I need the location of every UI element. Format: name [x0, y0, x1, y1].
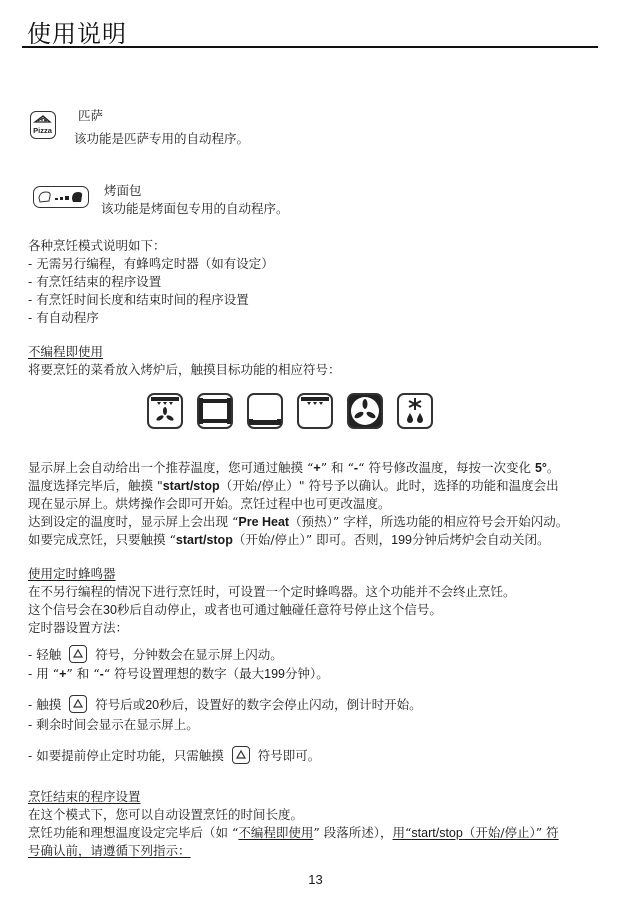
section-heading-timer: 使用定时蜂鸣器	[28, 564, 116, 583]
no-program-p5: 如要完成烹饪，只要触摸 “start/stop（开始/停止）” 即可。否则，19…	[28, 530, 550, 550]
modes-intro: 各种烹饪模式说明如下：	[28, 236, 166, 255]
no-program-intro: 将要烹饪的菜肴放入烤炉后，触摸目标功能的相应符号：	[28, 360, 341, 379]
mode-item: - 无需另行编程，有蜂鸣定时器（如有设定）	[28, 254, 274, 273]
pizza-function-desc: 该功能是匹萨专用的自动程序。	[74, 129, 249, 148]
pizza-function-name: 匹萨	[78, 106, 103, 125]
mode-item: - 有自动程序	[28, 308, 99, 327]
no-program-p4: 达到设定的温度时，显示屏上会出现 “Pre Heat（预热）” 字样，所选功能的…	[28, 512, 568, 532]
no-program-p3: 现在显示屏上。烘烤操作会即可开始。烹饪过程中也可更改温度。	[28, 494, 391, 513]
top-heat-icon	[297, 393, 333, 429]
timer-step-1: - 轻触符号，分钟数会在显示屏上闪动。	[28, 645, 283, 664]
title-divider	[22, 46, 598, 48]
timer-step-4: - 剩余时间会显示在显示屏上。	[28, 715, 199, 734]
end-program-p1: 在这个模式下，您可以自动设置烹饪的时间长度。	[28, 805, 303, 824]
no-program-p1: 显示屏上会自动给出一个推荐温度，您可通过触摸 “+” 和 “-“ 符号修改温度，…	[28, 458, 559, 478]
page-title: 使用说明	[27, 14, 127, 49]
no-program-p2: 温度选择完毕后，触摸 "start/stop（开始/停止）" 符号予以确认。此时…	[28, 476, 559, 496]
mode-item: - 有烹饪结束的程序设置	[28, 272, 161, 291]
section-heading-end-program: 烹饪结束的程序设置	[28, 787, 141, 806]
defrost-icon	[397, 393, 433, 429]
toast-function-name: 烤面包	[104, 181, 142, 200]
timer-p1: 在不另行编程的情况下进行烹饪时，可设置一个定时蜂鸣器。这个功能并不会终止烹饪。	[28, 582, 516, 601]
timer-bell-icon	[69, 695, 87, 713]
top-heat-fan-icon	[147, 393, 183, 429]
mode-icons-row	[147, 393, 433, 429]
timer-p3: 定时器设置方法：	[28, 618, 128, 637]
mode-item: - 有烹饪时间长度和结束时间的程序设置	[28, 290, 249, 309]
cross-reference-link: 不编程即使用	[238, 825, 313, 840]
section-heading-no-program: 不编程即使用	[28, 342, 103, 361]
timer-step-5: - 如要提前停止定时功能，只需触摸符号即可。	[28, 746, 320, 765]
bottom-heat-icon	[247, 393, 283, 429]
end-program-p3: 号确认前，请遵循下列指示：	[28, 841, 191, 860]
timer-step-2: - 用 “+” 和 “-“ 符号设置理想的数字（最大199分钟）。	[28, 664, 329, 684]
pizza-icon: Pizza	[30, 111, 56, 139]
svg-text:Pizza: Pizza	[33, 126, 53, 135]
fan-icon	[347, 393, 383, 429]
timer-step-3: - 触摸符号后或20秒后，设置好的数字会停止闪动，倒计时开始。	[28, 695, 422, 715]
timer-bell-icon	[69, 645, 87, 663]
toast-function-desc: 该功能是烤面包专用的自动程序。	[101, 199, 289, 218]
end-program-p2: 烹饪功能和理想温度设定完毕后（如 “不编程即使用” 段落所述），用“start/…	[28, 823, 559, 843]
top-bottom-heat-icon	[197, 393, 233, 429]
toast-icon	[33, 186, 89, 208]
timer-p2: 这个信号会在30秒后自动停止，或者也可通过触碰任意符号停止这个信号。	[28, 600, 442, 620]
timer-bell-icon	[232, 746, 250, 764]
page-number: 13	[0, 872, 631, 887]
